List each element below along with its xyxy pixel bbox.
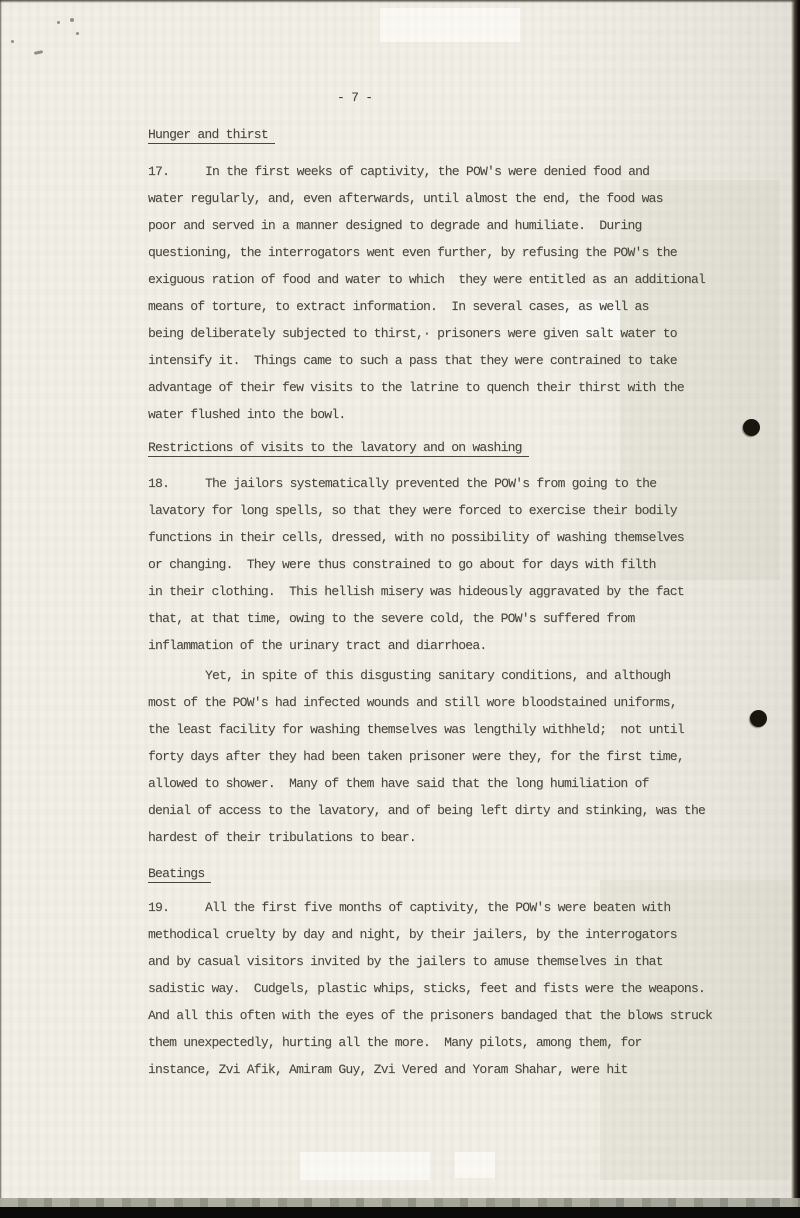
- section-heading: Restrictions of visits to the lavatory a…: [148, 434, 748, 461]
- text-line: And all this often with the eyes of the …: [148, 1002, 748, 1029]
- line-text: that, at that time, owing to the severe …: [148, 611, 635, 626]
- text-line: hardest of their tribulations to bear.: [148, 824, 748, 851]
- text-line: them unexpectedly, hurting all the more.…: [148, 1029, 748, 1056]
- section-heading: Beatings: [148, 860, 748, 887]
- text-line: allowed to shower. Many of them have sai…: [148, 770, 748, 797]
- line-text: most of the POW's had infected wounds an…: [148, 695, 677, 710]
- text-line: 19.All the first five months of captivit…: [148, 894, 748, 921]
- text-line: exiguous ration of food and water to whi…: [148, 266, 748, 293]
- punch-hole-dot: [750, 710, 767, 727]
- line-text: water flushed into the bowl.: [148, 407, 345, 422]
- text-line: advantage of their few visits to the lat…: [148, 374, 748, 401]
- text-line: water flushed into the bowl.: [148, 401, 748, 428]
- paragraph-number: 17.: [148, 158, 205, 185]
- paragraph-number: 18.: [148, 470, 205, 497]
- page-number: - 7 -: [148, 84, 748, 111]
- paper-smudge: [34, 50, 43, 55]
- line-text: methodical cruelty by day and night, by …: [148, 927, 677, 942]
- paper-patch: [455, 1152, 495, 1178]
- paper-patch: [300, 1152, 430, 1180]
- line-text: or changing. They were thus constrained …: [148, 557, 656, 572]
- paragraph: 18.The jailors systematically prevented …: [148, 470, 748, 659]
- line-text: in their clothing. This hellish misery w…: [148, 584, 684, 599]
- paper-speck: [76, 32, 79, 35]
- line-text: functions in their cells, dressed, with …: [148, 530, 684, 545]
- line-text: being deliberately subjected to thirst,·…: [148, 326, 677, 341]
- text-line: being deliberately subjected to thirst,·…: [148, 320, 748, 347]
- line-text: sadistic way. Cudgels, plastic whips, st…: [148, 981, 705, 996]
- text-line: 18.The jailors systematically prevented …: [148, 470, 748, 497]
- text-line: or changing. They were thus constrained …: [148, 551, 748, 578]
- paragraph: Yet, in spite of this disgusting sanitar…: [148, 662, 748, 851]
- text-line: that, at that time, owing to the severe …: [148, 605, 748, 632]
- text-line: in their clothing. This hellish misery w…: [148, 578, 748, 605]
- text-line: 17.In the first weeks of captivity, the …: [148, 158, 748, 185]
- line-text: them unexpectedly, hurting all the more.…: [148, 1035, 642, 1050]
- paper-speck: [11, 40, 14, 43]
- line-text: questioning, the interrogators went even…: [148, 245, 677, 260]
- text-line: sadistic way. Cudgels, plastic whips, st…: [148, 975, 748, 1002]
- paragraph-number: 19.: [148, 894, 205, 921]
- line-text: instance, Zvi Afik, Amiram Guy, Zvi Vere…: [148, 1062, 628, 1077]
- line-text: allowed to shower. Many of them have sai…: [148, 776, 649, 791]
- scanned-document: { "colors": { "paper": "#f2f0e6", "ink":…: [0, 0, 800, 1218]
- text-line: functions in their cells, dressed, with …: [148, 524, 748, 551]
- line-text: The jailors systematically prevented the…: [205, 476, 656, 491]
- section-heading-text: Hunger and thirst: [148, 127, 275, 144]
- text-line: instance, Zvi Afik, Amiram Guy, Zvi Vere…: [148, 1056, 748, 1083]
- text-line: intensify it. Things came to such a pass…: [148, 347, 748, 374]
- text-line: poor and served in a manner designed to …: [148, 212, 748, 239]
- text-line: questioning, the interrogators went even…: [148, 239, 748, 266]
- section-heading-text: Beatings: [148, 866, 211, 883]
- line-text: poor and served in a manner designed to …: [148, 218, 642, 233]
- line-text: All the first five months of captivity, …: [205, 900, 670, 915]
- line-text: denial of access to the lavatory, and of…: [148, 803, 705, 818]
- text-line: the least facility for washing themselve…: [148, 716, 748, 743]
- text-line: and by casual visitors invited by the ja…: [148, 948, 748, 975]
- line-text: the least facility for washing themselve…: [148, 722, 684, 737]
- scan-strip-bottom: [0, 1198, 800, 1207]
- text-line: denial of access to the lavatory, and of…: [148, 797, 748, 824]
- text-line: methodical cruelty by day and night, by …: [148, 921, 748, 948]
- scan-bar-bottom: [0, 1207, 800, 1218]
- line-text: lavatory for long spells, so that they w…: [148, 503, 677, 518]
- text-column: - 7 -Hunger and thirst17.In the first we…: [148, 84, 748, 1083]
- line-text: intensify it. Things came to such a pass…: [148, 353, 677, 368]
- text-line: Yet, in spite of this disgusting sanitar…: [148, 662, 748, 689]
- scan-edge-left: [0, 0, 2, 1218]
- line-text: And all this often with the eyes of the …: [148, 1008, 712, 1023]
- paper-speck: [70, 18, 74, 22]
- text-line: inflammation of the urinary tract and di…: [148, 632, 748, 659]
- text-line: forty days after they had been taken pri…: [148, 743, 748, 770]
- line-text: and by casual visitors invited by the ja…: [148, 954, 663, 969]
- scan-edge-right: [791, 0, 800, 1218]
- line-text: In the first weeks of captivity, the POW…: [205, 164, 649, 179]
- paragraph: 17.In the first weeks of captivity, the …: [148, 158, 748, 428]
- text-line: lavatory for long spells, so that they w…: [148, 497, 748, 524]
- line-text: exiguous ration of food and water to whi…: [148, 272, 705, 287]
- section-heading-text: Restrictions of visits to the lavatory a…: [148, 440, 529, 457]
- text-line: most of the POW's had infected wounds an…: [148, 689, 748, 716]
- line-text: Yet, in spite of this disgusting sanitar…: [205, 668, 670, 683]
- paragraph: 19.All the first five months of captivit…: [148, 894, 748, 1083]
- line-text: advantage of their few visits to the lat…: [148, 380, 684, 395]
- line-text: means of torture, to extract information…: [148, 299, 649, 314]
- line-text: water regularly, and, even afterwards, u…: [148, 191, 663, 206]
- line-text: forty days after they had been taken pri…: [148, 749, 684, 764]
- paper-speck: [57, 21, 60, 24]
- text-line: water regularly, and, even afterwards, u…: [148, 185, 748, 212]
- line-text: inflammation of the urinary tract and di…: [148, 638, 486, 653]
- scan-edge-top: [0, 0, 800, 3]
- line-text: hardest of their tribulations to bear.: [148, 830, 416, 845]
- text-line: means of torture, to extract information…: [148, 293, 748, 320]
- section-heading: Hunger and thirst: [148, 121, 748, 148]
- punch-hole-dot: [743, 419, 760, 436]
- paper-patch: [380, 8, 520, 42]
